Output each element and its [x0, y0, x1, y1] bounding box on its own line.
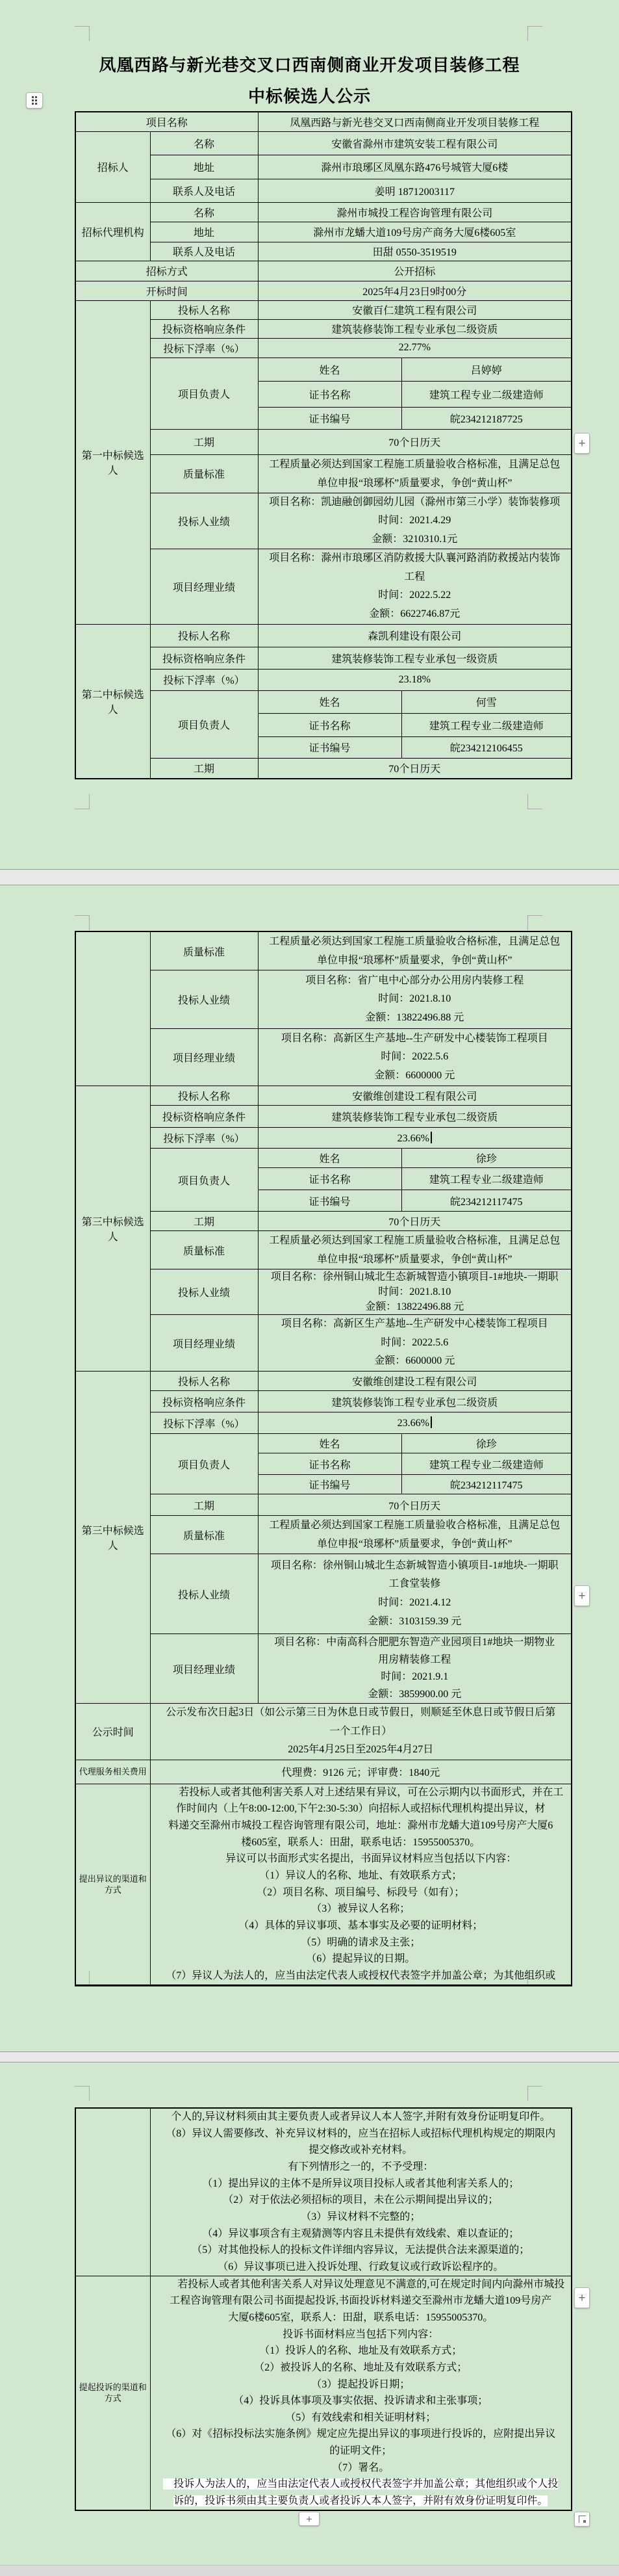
candidate1-cert: 建筑工程专业二级建造师 — [401, 381, 572, 407]
candidate1-pm-perf: 项目名称：滁州市琅琊区消防救援大队襄河路消防救援站内装饰工程时间：2022.5.… — [258, 549, 572, 624]
candidate3b-qualification: 建筑装修装饰工程专业承包二级资质 — [258, 1391, 572, 1412]
tenderer-name-value: 安徽省滁州市建筑安装工程有限公司 — [258, 131, 572, 155]
candidate3b-discount: 23.66% — [258, 1412, 572, 1434]
qualification-label: 投标资格响应条件 — [150, 319, 258, 338]
document-page-3: + + 个人的,异议材料须由其主要负责人或者异议人本人签字,并附有效身份证明复印… — [0, 2062, 619, 2576]
insert-plus-button[interactable]: + — [574, 1585, 590, 1606]
person-name-label: 姓名 — [258, 690, 401, 713]
candidate3a-label: 第三中标候选人 — [75, 1086, 150, 1372]
agency-name-value: 滁州市城投工程咨询管理有限公司 — [258, 202, 572, 222]
org-contact-label: 联系人及电话 — [150, 242, 258, 261]
discount-label: 投标下浮率（%） — [150, 669, 258, 690]
org-name-label: 名称 — [150, 131, 258, 155]
text-cursor — [431, 1132, 432, 1143]
document-title-line1: 凤凰西路与新光巷交叉口西南侧商业开发项目装修工程 — [0, 52, 619, 76]
candidate2-bidder: 森凯利建设有限公司 — [258, 624, 572, 647]
candidate2-discount: 23.18% — [258, 669, 572, 690]
candidate3b-pm-name: 徐珍 — [401, 1434, 572, 1453]
objection-text-page2: 若投标人或者其他利害关系人对上述结果有异议，可在公示期内以书面形式，并在工作时间… — [150, 1784, 572, 1985]
quality-label: 质量标准 — [150, 454, 258, 493]
candidate3a-bidder-perf: 项目名称：徐州铜山城北生态新城智造小镇项目-1#地块-一期职时间：2021.8.… — [258, 1269, 572, 1315]
bidder-perf-label: 投标人业绩 — [150, 1269, 258, 1315]
document-page-1: 凤凰西路与新光巷交叉口西南侧商业开发项目装修工程 中标候选人公示 + 项目名称 … — [0, 0, 619, 870]
cert-no-label: 证书编号 — [258, 736, 401, 758]
method-label: 招标方式 — [75, 261, 258, 281]
candidate1-duration: 70个日历天 — [258, 429, 572, 454]
insert-plus-button[interactable]: + — [574, 433, 590, 454]
publicity-value: 公示发布次日起3日（如公示第三日为休息日或节假日，则顺延至休息日或节假日后第一个… — [150, 1704, 572, 1760]
bidder-name-label: 投标人名称 — [150, 624, 258, 647]
cert-name-label: 证书名称 — [258, 1453, 401, 1475]
bid-announcement-table-page3: 个人的,异议材料须由其主要负责人或者异议人本人签字,并附有效身份证明复印件。（8… — [75, 2107, 572, 2511]
pm-label: 项目负责人 — [150, 690, 258, 758]
pm-label: 项目负责人 — [150, 358, 258, 429]
tenderer-addr-value: 滁州市琅琊区凤凰东路476号城管大厦6楼 — [258, 155, 572, 179]
duration-label: 工期 — [150, 429, 258, 454]
open-time-label: 开标时间 — [75, 281, 258, 300]
cert-name-label: 证书名称 — [258, 1168, 401, 1190]
candidate1-pm-name: 吕婷婷 — [401, 358, 572, 381]
candidate1-quality: 工程质量必须达到国家工程施工质量验收合格标准，且满足总包单位申报“琅琊杯”质量要… — [258, 454, 572, 493]
duration-label: 工期 — [150, 758, 258, 779]
candidate2-bidder-perf: 项目名称：省广电中心部分办公用房内装修工程时间：2021.8.10金额：1382… — [258, 970, 572, 1029]
candidate3a-qualification: 建筑装修装饰工程专业承包二级资质 — [258, 1106, 572, 1128]
agency-label: 招标代理机构 — [75, 202, 150, 261]
candidate2-duration: 70个日历天 — [258, 758, 572, 779]
pm-perf-label: 项目经理业绩 — [150, 1634, 258, 1704]
drag-handle-icon[interactable] — [26, 92, 43, 109]
text-cursor — [431, 1416, 432, 1428]
org-addr-label: 地址 — [150, 222, 258, 242]
duration-label: 工期 — [150, 1212, 258, 1231]
candidate3b-pm-perf: 项目名称：中南高科合肥肥东智造产业园项目1#地块一期物业用房精装修工程时间：20… — [258, 1634, 572, 1704]
cert-no-label: 证书编号 — [258, 407, 401, 429]
candidate3b-cert: 建筑工程专业二级建造师 — [401, 1453, 572, 1475]
margin-mark-icon — [75, 915, 90, 930]
margin-mark-icon — [527, 794, 542, 809]
tenderer-label: 招标人 — [75, 131, 150, 202]
bid-announcement-table-page1: 项目名称 凤凰西路与新光巷交叉口西南侧商业开发项目装修工程 招标人 名称 安徽省… — [75, 111, 572, 779]
candidate3a-pm-name: 徐珍 — [401, 1149, 572, 1168]
complaint-label: 提起投诉的渠道和方式 — [75, 2276, 150, 2510]
margin-mark-icon — [527, 26, 542, 41]
candidate2-pm-perf: 项目名称：高新区生产基地--生产研发中心楼装饰工程项目时间：2022.5.6金额… — [258, 1029, 572, 1086]
org-name-label: 名称 — [150, 202, 258, 222]
margin-mark-icon — [527, 2086, 542, 2101]
duration-label: 工期 — [150, 1494, 258, 1516]
project-name-value: 凤凰西路与新光巷交叉口西南侧商业开发项目装修工程 — [258, 112, 572, 131]
candidate1-label: 第一中标候选人 — [75, 300, 150, 624]
document-page-2: + 质量标准 工程质量必须达到国家工程施工质量验收合格标准，且满足总包单位申报“… — [0, 885, 619, 2052]
agency-fee-value: 代理费：9126 元；评审费：1840元 — [150, 1760, 572, 1784]
candidate3a-cert-no: 皖234212117475 — [401, 1190, 572, 1212]
bidder-name-label: 投标人名称 — [150, 1372, 258, 1391]
person-name-label: 姓名 — [258, 358, 401, 381]
horizontal-scrollbar-track[interactable] — [0, 2565, 619, 2576]
agency-addr-value: 滁州市龙蟠大道109号房产商务大厦6楼605室 — [258, 222, 572, 242]
qualification-label: 投标资格响应条件 — [150, 1391, 258, 1412]
open-time-value: 2025年4月23日9时00分 — [258, 281, 572, 300]
discount-label: 投标下浮率（%） — [150, 338, 258, 358]
bid-announcement-table-page2: 质量标准 工程质量必须达到国家工程施工质量验收合格标准，且满足总包单位申报“琅琊… — [75, 931, 572, 1986]
bidder-name-label: 投标人名称 — [150, 300, 258, 319]
cert-no-label: 证书编号 — [258, 1190, 401, 1212]
candidate3b-quality: 工程质量必须达到国家工程施工质量验收合格标准，且满足总包单位申报“琅琊杯”质量要… — [258, 1516, 572, 1554]
dots-grid-icon — [32, 96, 37, 105]
margin-mark-icon — [527, 915, 542, 930]
selected-text-line: 诉的，投诉书须由其主要负责人或者投诉人本人签字，并附有效身份证明复印件。 — [153, 2493, 570, 2510]
candidate2-label-continuation — [75, 931, 150, 1086]
candidate1-cert-no: 皖234212187725 — [401, 407, 572, 429]
objection-label-continuation — [75, 2108, 150, 2276]
cert-no-label: 证书编号 — [258, 1475, 401, 1494]
selected-text-line: 投诉人为法人的，应当由法定代表人或授权代表签字并加盖公章；其他组织或个人投 — [153, 2476, 570, 2493]
cert-name-label: 证书名称 — [258, 381, 401, 407]
quality-label: 质量标准 — [150, 931, 258, 970]
candidate3a-quality: 工程质量必须达到国家工程施工质量验收合格标准，且满足总包单位申报“琅琊杯”质量要… — [258, 1231, 572, 1269]
margin-mark-icon — [75, 794, 90, 809]
candidate3b-label: 第三中标候选人 — [75, 1372, 150, 1704]
candidate3a-bidder: 安徽维创建设工程有限公司 — [258, 1086, 572, 1106]
org-addr-label: 地址 — [150, 155, 258, 179]
document-title-line2: 中标候选人公示 — [0, 83, 619, 107]
quality-label: 质量标准 — [150, 1231, 258, 1269]
candidate3b-bidder: 安徽维创建设工程有限公司 — [258, 1372, 572, 1391]
bidder-perf-label: 投标人业绩 — [150, 1554, 258, 1634]
candidate3b-duration: 70个日历天 — [258, 1494, 572, 1516]
insert-plus-button[interactable]: + — [574, 2287, 590, 2308]
margin-mark-icon — [75, 26, 90, 41]
org-contact-label: 联系人及电话 — [150, 179, 258, 202]
candidate1-bidder-perf: 项目名称：凯迪融创御园幼儿园（滁州市第三小学）装饰装修项时间：2021.4.29… — [258, 493, 572, 549]
pm-label: 项目负责人 — [150, 1434, 258, 1494]
objection-text-page3: 个人的,异议材料须由其主要负责人或者异议人本人签字,并附有效身份证明复印件。（8… — [150, 2108, 572, 2276]
pm-perf-label: 项目经理业绩 — [150, 1029, 258, 1086]
pm-perf-label: 项目经理业绩 — [150, 549, 258, 624]
candidate3b-cert-no: 皖234212117475 — [401, 1475, 572, 1494]
pm-perf-label: 项目经理业绩 — [150, 1315, 258, 1372]
table-resize-handle-button[interactable] — [574, 2512, 590, 2527]
complaint-text: 若投标人或者其他利害关系人对异议处理意见不满意的,可在规定时间内向滁州市城投工程… — [150, 2276, 572, 2510]
qualification-label: 投标资格响应条件 — [150, 647, 258, 669]
project-name-label: 项目名称 — [75, 112, 258, 131]
method-value: 公开招标 — [258, 261, 572, 281]
person-name-label: 姓名 — [258, 1149, 401, 1168]
agency-fee-label: 代理服务相关费用 — [75, 1760, 150, 1784]
publicity-label: 公示时间 — [75, 1704, 150, 1760]
candidate1-bidder: 安徽百仁建筑工程有限公司 — [258, 300, 572, 319]
candidate2-pm-name: 何雪 — [401, 690, 572, 713]
candidate3b-bidder-perf: 项目名称：徐州铜山城北生态新城智造小镇项目-1#地块-一期职工食堂装修时间：20… — [258, 1554, 572, 1634]
candidate3a-cert: 建筑工程专业二级建造师 — [401, 1168, 572, 1190]
candidate2-quality: 工程质量必须达到国家工程施工质量验收合格标准，且满足总包单位申报“琅琊杯”质量要… — [258, 931, 572, 970]
candidate2-qualification: 建筑装修装饰工程专业承包一级资质 — [258, 647, 572, 669]
add-row-plus-button[interactable]: + — [299, 2512, 320, 2526]
cert-name-label: 证书名称 — [258, 713, 401, 736]
person-name-label: 姓名 — [258, 1434, 401, 1453]
discount-label: 投标下浮率（%） — [150, 1128, 258, 1149]
candidate3a-discount: 23.66% — [258, 1128, 572, 1149]
discount-label: 投标下浮率（%） — [150, 1412, 258, 1434]
candidate2-label: 第二中标候选人 — [75, 624, 150, 779]
agency-contact-value: 田甜 0550-3519519 — [258, 242, 572, 261]
candidate3a-pm-perf: 项目名称：高新区生产基地--生产研发中心楼装饰工程项目时间：2022.5.6金额… — [258, 1315, 572, 1372]
qualification-label: 投标资格响应条件 — [150, 1106, 258, 1128]
candidate1-qualification: 建筑装修装饰工程专业承包二级资质 — [258, 319, 572, 338]
candidate2-cert-no: 皖234212106455 — [401, 736, 572, 758]
objection-label: 提出异议的渠道和方式 — [75, 1784, 150, 1985]
bidder-perf-label: 投标人业绩 — [150, 970, 258, 1029]
margin-mark-icon — [75, 2086, 90, 2101]
bidder-name-label: 投标人名称 — [150, 1086, 258, 1106]
candidate1-discount: 22.77% — [258, 338, 572, 358]
tenderer-contact-value: 姜明 18712003117 — [258, 179, 572, 202]
candidate2-cert: 建筑工程专业二级建造师 — [401, 713, 572, 736]
bidder-perf-label: 投标人业绩 — [150, 493, 258, 549]
quality-label: 质量标准 — [150, 1516, 258, 1554]
candidate3a-duration: 70个日历天 — [258, 1212, 572, 1231]
corner-bracket-icon — [579, 2516, 586, 2523]
pm-label: 项目负责人 — [150, 1149, 258, 1212]
